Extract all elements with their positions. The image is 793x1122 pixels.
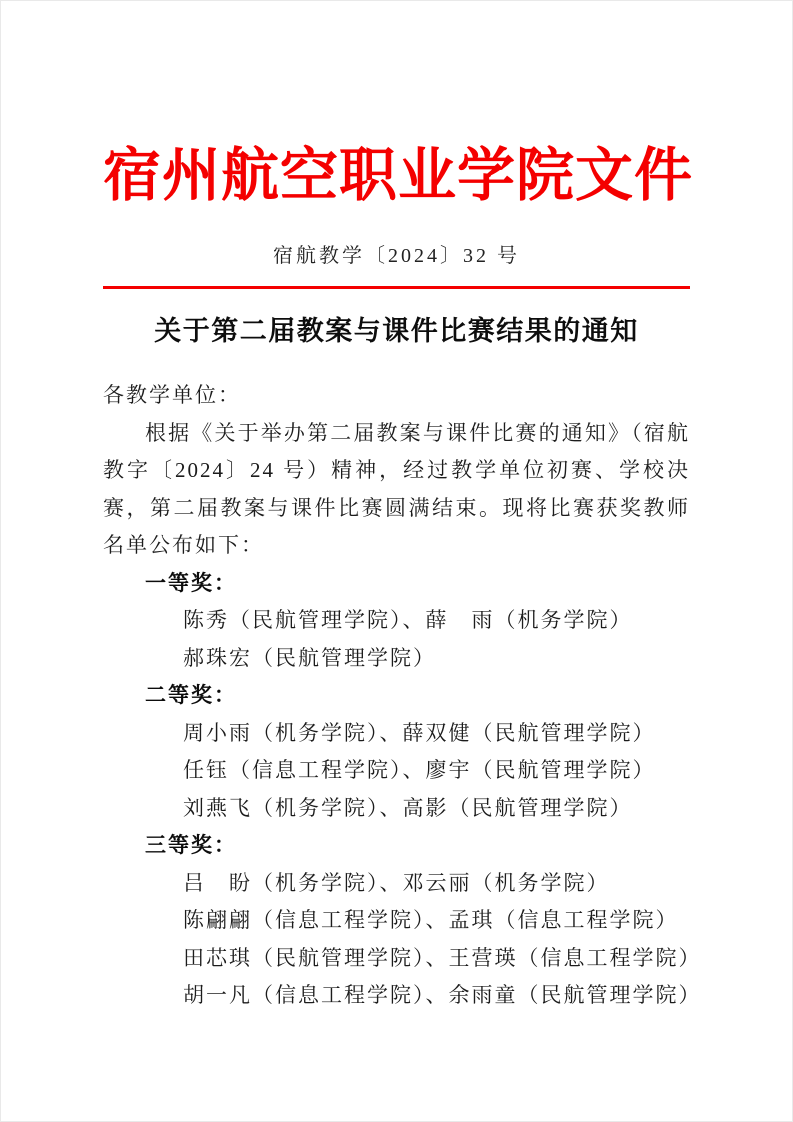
winner-line: 胡一凡（信息工程学院）、余雨童（民航管理学院） [103, 977, 690, 1015]
winner-line: 郝珠宏（民航管理学院） [103, 640, 690, 678]
red-divider-line [103, 286, 690, 289]
intro-paragraph: 根据《关于举办第二届教案与课件比赛的通知》（宿航教字〔2024〕24 号）精神，… [103, 415, 690, 565]
award-level-label: 三等奖： [103, 827, 690, 865]
document-page: 宿州航空职业学院文件 宿航教学〔2024〕32 号 关于第二届教案与课件比赛结果… [0, 0, 793, 1122]
winner-line: 刘燕飞（机务学院）、高影（民航管理学院） [103, 790, 690, 828]
salutation: 各教学单位： [103, 377, 690, 415]
letterhead: 宿州航空职业学院文件 宿航教学〔2024〕32 号 [103, 0, 690, 289]
winner-line: 田芯琪（民航管理学院）、王营瑛（信息工程学院） [103, 940, 690, 978]
org-title: 宿州航空职业学院文件 [103, 0, 690, 212]
winner-line: 任钰（信息工程学院）、廖宇（民航管理学院） [103, 752, 690, 790]
doc-number: 宿航教学〔2024〕32 号 [103, 244, 690, 268]
award-section-third-prize: 三等奖： 吕 盼（机务学院）、邓云丽（机务学院） 陈翩翩（信息工程学院）、孟琪（… [103, 827, 690, 1015]
winner-line: 陈秀（民航管理学院）、薛 雨（机务学院） [103, 602, 690, 640]
award-section-first-prize: 一等奖： 陈秀（民航管理学院）、薛 雨（机务学院） 郝珠宏（民航管理学院） [103, 565, 690, 678]
award-level-label: 二等奖： [103, 677, 690, 715]
notice-body: 各教学单位： 根据《关于举办第二届教案与课件比赛的通知》（宿航教字〔2024〕2… [103, 377, 690, 1015]
notice-title: 关于第二届教案与课件比赛结果的通知 [103, 311, 690, 351]
winner-line: 吕 盼（机务学院）、邓云丽（机务学院） [103, 865, 690, 903]
winner-line: 周小雨（机务学院）、薛双健（民航管理学院） [103, 715, 690, 753]
winner-line: 陈翩翩（信息工程学院）、孟琪（信息工程学院） [103, 902, 690, 940]
award-level-label: 一等奖： [103, 565, 690, 603]
award-section-second-prize: 二等奖： 周小雨（机务学院）、薛双健（民航管理学院） 任钰（信息工程学院）、廖宇… [103, 677, 690, 827]
